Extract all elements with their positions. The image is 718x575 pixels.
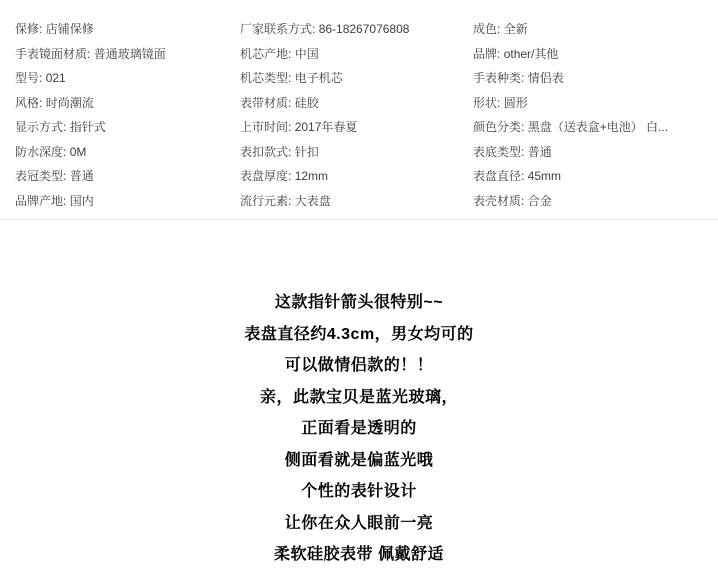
attribute-separator: : <box>63 145 70 159</box>
attribute-label: 机芯类型 <box>240 71 288 85</box>
attribute-value: 电子机芯 <box>295 71 343 85</box>
attribute-row: 型号: 021 <box>15 66 240 91</box>
attribute-value: 硅胶 <box>295 96 319 110</box>
description-line: 可以做情侣款的！！ <box>0 350 718 382</box>
description-line: 表盘直径约4.3cm，男女均可的 <box>0 319 718 351</box>
attribute-separator: : <box>39 96 46 110</box>
attribute-row: 表盘厚度: 12mm <box>240 164 473 189</box>
attribute-row: 手表种类: 情侣表 <box>473 66 718 91</box>
attribute-separator: : <box>521 71 528 85</box>
attribute-value: 中国 <box>295 47 319 61</box>
attribute-separator: : <box>63 194 70 208</box>
product-description: 这款指针箭头很特别~~表盘直径约4.3cm，男女均可的可以做情侣款的！！亲，此款… <box>0 287 718 571</box>
attribute-label: 上市时间 <box>240 120 288 134</box>
attribute-separator: : <box>288 96 295 110</box>
attribute-row: 表底类型: 普通 <box>473 140 718 165</box>
attribute-value: 针扣 <box>295 145 319 159</box>
attribute-row: 表壳材质: 合金 <box>473 189 718 214</box>
attribute-value: 国内 <box>70 194 94 208</box>
attribute-separator: : <box>63 120 70 134</box>
section-divider <box>0 219 718 220</box>
attribute-row: 防水深度: 0M <box>15 140 240 165</box>
attribute-row: 颜色分类: 黑盘（送表盒+电池） 白... <box>473 115 718 140</box>
description-line: 这款指针箭头很特别~~ <box>0 287 718 319</box>
attribute-label: 手表种类 <box>473 71 521 85</box>
attribute-row: 手表镜面材质: 普通玻璃镜面 <box>15 42 240 67</box>
attribute-value: 店铺保修 <box>46 22 94 36</box>
attribute-label: 机芯产地 <box>240 47 288 61</box>
attribute-label: 表盘直径 <box>473 169 521 183</box>
attribute-label: 表冠类型 <box>15 169 63 183</box>
attribute-value: 普通玻璃镜面 <box>94 47 166 61</box>
attribute-row: 表带材质: 硅胶 <box>240 91 473 116</box>
attribute-row: 成色: 全新 <box>473 17 718 42</box>
attribute-row: 机芯类型: 电子机芯 <box>240 66 473 91</box>
attribute-label: 防水深度 <box>15 145 63 159</box>
attribute-separator: : <box>288 47 295 61</box>
attribute-separator: : <box>312 22 319 36</box>
attribute-row: 形状: 圆形 <box>473 91 718 116</box>
attribute-column: 保修: 店铺保修手表镜面材质: 普通玻璃镜面型号: 021风格: 时尚潮流显示方… <box>15 17 240 213</box>
attribute-separator: : <box>87 47 94 61</box>
attribute-separator: : <box>521 169 528 183</box>
attribute-row: 风格: 时尚潮流 <box>15 91 240 116</box>
attribute-separator: : <box>521 145 528 159</box>
description-line: 正面看是透明的 <box>0 413 718 445</box>
attribute-label: 手表镜面材质 <box>15 47 87 61</box>
attribute-value: other/其他 <box>504 47 559 61</box>
attribute-separator: : <box>39 71 46 85</box>
attribute-value: 合金 <box>528 194 552 208</box>
attribute-label: 厂家联系方式 <box>240 22 312 36</box>
attribute-row: 表冠类型: 普通 <box>15 164 240 189</box>
attribute-value: 021 <box>46 71 66 85</box>
attribute-row: 厂家联系方式: 86-18267076808 <box>240 17 473 42</box>
attribute-separator: : <box>288 71 295 85</box>
attribute-label: 表带材质 <box>240 96 288 110</box>
attribute-column: 厂家联系方式: 86-18267076808机芯产地: 中国机芯类型: 电子机芯… <box>240 17 473 213</box>
attribute-separator: : <box>288 169 295 183</box>
attribute-value: 情侣表 <box>528 71 564 85</box>
attribute-row: 保修: 店铺保修 <box>15 17 240 42</box>
attribute-separator: : <box>288 194 295 208</box>
attribute-row: 显示方式: 指针式 <box>15 115 240 140</box>
attribute-value: 普通 <box>70 169 94 183</box>
attribute-label: 表底类型 <box>473 145 521 159</box>
attribute-row: 流行元素: 大表盘 <box>240 189 473 214</box>
description-line: 侧面看就是偏蓝光哦 <box>0 445 718 477</box>
attribute-label: 成色 <box>473 22 497 36</box>
attribute-value: 全新 <box>504 22 528 36</box>
attribute-label: 型号 <box>15 71 39 85</box>
attribute-value: 指针式 <box>70 120 106 134</box>
attribute-label: 颜色分类 <box>473 120 521 134</box>
attribute-value: 45mm <box>528 169 561 183</box>
attribute-value: 圆形 <box>504 96 528 110</box>
attribute-label: 品牌 <box>473 47 497 61</box>
attribute-label: 表盘厚度 <box>240 169 288 183</box>
attribute-row: 上市时间: 2017年春夏 <box>240 115 473 140</box>
attribute-value: 2017年春夏 <box>295 120 358 134</box>
attribute-row: 表盘直径: 45mm <box>473 164 718 189</box>
attribute-row: 表扣款式: 针扣 <box>240 140 473 165</box>
attribute-label: 形状 <box>473 96 497 110</box>
attribute-separator: : <box>63 169 70 183</box>
attribute-row: 机芯产地: 中国 <box>240 42 473 67</box>
attribute-separator: : <box>288 145 295 159</box>
attribute-label: 显示方式 <box>15 120 63 134</box>
description-line: 柔软硅胶表带 佩戴舒适 <box>0 539 718 571</box>
attribute-label: 表扣款式 <box>240 145 288 159</box>
attribute-value: 大表盘 <box>295 194 331 208</box>
attribute-separator: : <box>497 96 504 110</box>
attribute-row: 品牌: other/其他 <box>473 42 718 67</box>
attribute-separator: : <box>521 194 528 208</box>
description-line: 个性的表针设计 <box>0 476 718 508</box>
attribute-separator: : <box>497 22 504 36</box>
attribute-value: 黑盘（送表盒+电池） 白... <box>528 120 668 134</box>
attribute-separator: : <box>39 22 46 36</box>
attribute-value: 普通 <box>528 145 552 159</box>
attribute-separator: : <box>497 47 504 61</box>
attribute-column: 成色: 全新品牌: other/其他手表种类: 情侣表形状: 圆形颜色分类: 黑… <box>473 17 718 213</box>
attribute-separator: : <box>521 120 528 134</box>
attribute-label: 流行元素 <box>240 194 288 208</box>
attribute-value: 0M <box>70 145 87 159</box>
attribute-label: 风格 <box>15 96 39 110</box>
attribute-label: 保修 <box>15 22 39 36</box>
product-attributes-section: 保修: 店铺保修手表镜面材质: 普通玻璃镜面型号: 021风格: 时尚潮流显示方… <box>0 0 718 213</box>
description-line: 亲，此款宝贝是蓝光玻璃， <box>0 382 718 414</box>
attribute-row: 品牌产地: 国内 <box>15 189 240 214</box>
description-line: 让你在众人眼前一亮 <box>0 508 718 540</box>
attribute-value: 86-18267076808 <box>319 22 410 36</box>
attribute-value: 时尚潮流 <box>46 96 94 110</box>
attribute-label: 品牌产地 <box>15 194 63 208</box>
attribute-label: 表壳材质 <box>473 194 521 208</box>
attribute-separator: : <box>288 120 295 134</box>
attribute-value: 12mm <box>295 169 328 183</box>
